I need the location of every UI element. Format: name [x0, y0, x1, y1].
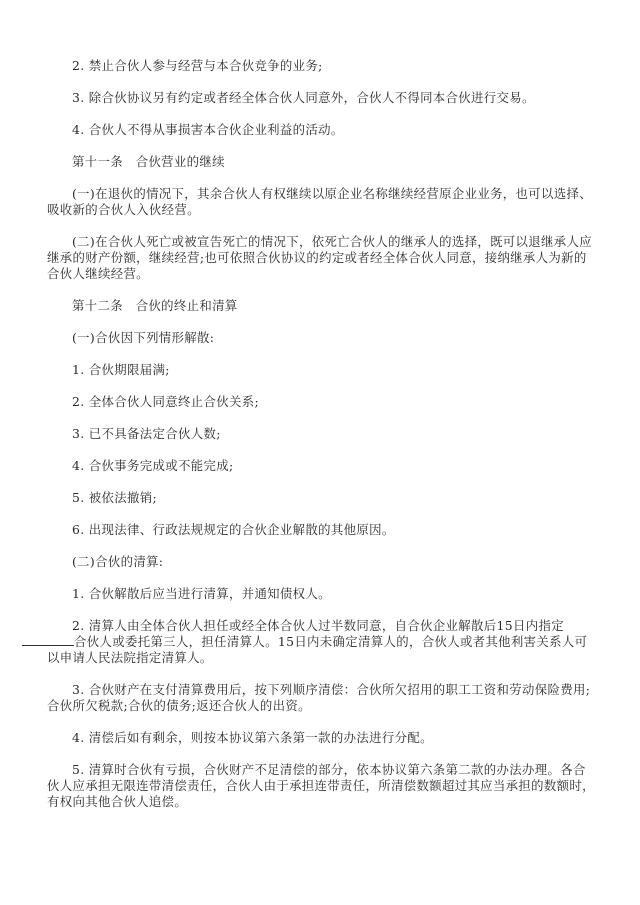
liquidation-item-1: 1. 合伙解散后应当进行清算，并通知债权人。	[47, 586, 597, 602]
document-page: 2. 禁止合伙人参与经营与本合伙竞争的业务; 3. 除合伙协议另有约定或者经全体…	[0, 0, 640, 905]
article-11-para-1: (一)在退伙的情况下，其余合伙人有权继续以原企业名称继续经营原企业业务，也可以选…	[47, 186, 597, 218]
clause-item-4: 4. 合伙人不得从事损害本合伙企业利益的活动。	[47, 122, 597, 138]
dissolution-item-5: 5. 被依法撤销;	[47, 490, 597, 506]
liquidation-item-4: 4. 清偿后如有剩余，则按本协议第六条第一款的办法进行分配。	[47, 730, 597, 746]
clause-item-3: 3. 除合伙协议另有约定或者经全体合伙人同意外，合伙人不得同本合伙进行交易。	[47, 90, 597, 106]
article-11-heading: 第十一条 合伙营业的继续	[47, 154, 597, 170]
liquidation-item-2-part-b: 合伙人或委托第三人，担任清算人。15日内未确定清算人的，合伙人或者其他利害关系人…	[47, 634, 587, 665]
dissolution-item-2: 2. 全体合伙人同意终止合伙关系;	[47, 394, 597, 410]
clause-item-2: 2. 禁止合伙人参与经营与本合伙竞争的业务;	[47, 58, 597, 74]
liquidation-item-3: 3. 合伙财产在支付清算费用后，按下列顺序清偿：合伙所欠招用的职工工资和劳动保险…	[47, 682, 597, 714]
article-12-heading: 第十二条 合伙的终止和清算	[47, 298, 597, 314]
liquidation-item-2: 2. 清算人由全体合伙人担任或经全体合伙人过半数同意，自合伙企业解散后15日内指…	[47, 618, 597, 666]
liquidation-item-5: 5. 清算时合伙有亏损，合伙财产不足清偿的部分，依本协议第六条第二款的办法办理。…	[47, 762, 597, 810]
blank-underline	[22, 634, 74, 646]
dissolution-item-3: 3. 已不具备法定合伙人数;	[47, 426, 597, 442]
dissolution-item-6: 6. 出现法律、行政法规规定的合伙企业解散的其他原因。	[47, 522, 597, 538]
article-11-para-2: (二)在合伙人死亡或被宣告死亡的情况下，依死亡合伙人的继承人的选择，既可以退继承…	[47, 234, 597, 282]
dissolution-item-1: 1. 合伙期限届满;	[47, 362, 597, 378]
dissolution-intro: (一)合伙因下列情形解散:	[47, 330, 597, 346]
liquidation-intro: (二)合伙的清算:	[47, 554, 597, 570]
liquidation-item-2-part-a: 2. 清算人由全体合伙人担任或经全体合伙人过半数同意，自合伙企业解散后15日内指…	[72, 618, 564, 633]
dissolution-item-4: 4. 合伙事务完成或不能完成;	[47, 458, 597, 474]
